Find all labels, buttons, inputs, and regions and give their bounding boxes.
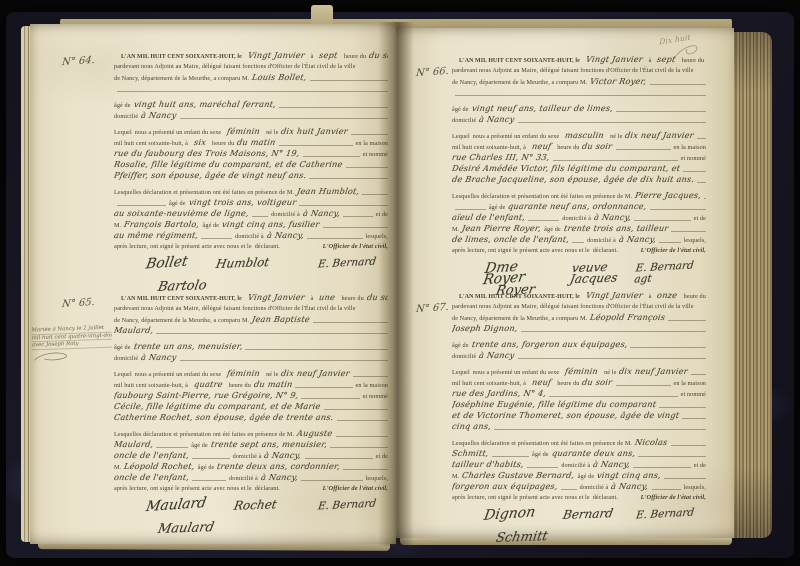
handwriting: quarante neuf ans, ordonnance, <box>508 201 648 212</box>
rule-line <box>659 242 681 243</box>
handwriting: Désiré Amédée Victor, fils légitime du c… <box>452 163 681 174</box>
printed-text: nous a présenté un enfant du sexe <box>473 367 559 377</box>
handwriting: Léopold François <box>589 312 666 323</box>
handwriting: sept <box>654 54 680 65</box>
handwriting: à Nancy, <box>302 208 341 219</box>
handwriting: rue des Jardins, N° 4, <box>452 388 547 399</box>
handwriting: Maulard, <box>114 439 154 450</box>
handwriting: trente deux ans, cordonnier, <box>217 461 342 472</box>
printed-text: mil huit cent soixante-huit, à <box>452 378 526 388</box>
handwriting: du soir <box>368 50 388 61</box>
printed-text: à <box>311 51 314 61</box>
rule-line <box>303 156 360 157</box>
printed-text: né le <box>604 367 616 377</box>
handwriting: de limes, oncle de l'enfant, <box>452 234 570 245</box>
printed-text: L'Officier de l'état civil, <box>641 245 706 256</box>
printed-text: et de <box>694 460 706 470</box>
printed-text: domicilié <box>452 115 476 125</box>
printed-text: déclarant. <box>255 483 280 494</box>
rule-line <box>343 216 373 217</box>
handwriting: à Nancy <box>140 352 177 363</box>
printed-text: domicilié à <box>229 473 258 483</box>
handwriting: dix neuf Janvier <box>619 366 689 377</box>
handwriting: masculin <box>561 130 608 141</box>
handwriting: une <box>316 292 340 303</box>
printed-text: heure du <box>344 51 366 61</box>
printed-text: Lequel <box>452 367 470 377</box>
printed-text: en la maison <box>674 142 706 152</box>
handwriting: à Nancy, <box>260 472 299 483</box>
printed-text: nous a présenté un enfant du sexe <box>135 127 221 137</box>
printed-text: mil huit cent soixante-huit, à <box>114 138 188 148</box>
printed-text: lesquels, <box>684 482 706 492</box>
handwriting: neuf <box>528 141 555 152</box>
handwriting: Vingt Janvier <box>582 290 647 301</box>
printed-text: en la maison <box>356 138 388 148</box>
handwriting: Nicolas <box>634 437 668 448</box>
handwriting: rue Charles III, N° 33, <box>452 152 550 163</box>
handwriting: trente trois ans, tailleur <box>563 223 669 234</box>
printed-text: domicilié à <box>587 235 616 245</box>
printed-text: pardevant nous Adjoint au Maire, délégué… <box>114 303 356 314</box>
rule-line <box>201 238 232 239</box>
handwriting: Catherine Rochet, son épouse, âgée de tr… <box>114 412 334 423</box>
handwriting: trente un ans, menuisier, <box>133 341 244 352</box>
handwriting: trente ans, forgeron aux équipages, <box>471 339 628 350</box>
printed-text: mil huit cent soixante-huit, à <box>452 142 526 152</box>
printed-text: et nommé <box>681 389 706 399</box>
printed-text: domicilié à <box>271 209 300 219</box>
birth-act-67: N° 67. L'AN MIL HUIT CENT SOIXANTE-HUIT,… <box>396 290 734 550</box>
printed-text: lesquels, <box>684 235 706 245</box>
signature-row: Maulard Rochet E. Bernard <box>114 500 388 517</box>
printed-text: et de <box>694 213 706 223</box>
printed-text: domicilié <box>452 351 476 361</box>
printed-text: après lecture, ont signé le présent acte… <box>114 241 252 252</box>
handwriting: faubourg Saint-Pierre, rue Grégoire, N° … <box>114 390 299 401</box>
printed-text: domicilié à <box>562 213 591 223</box>
printed-text: et de <box>376 451 388 461</box>
printed-text: L'Officier de l'état civil, <box>323 241 388 252</box>
rule-line <box>305 458 373 459</box>
signature-row: Bollet Humblot E. Bernard <box>114 258 388 275</box>
officer-signature: E. Bernard <box>317 498 376 512</box>
act-number: N° 65. <box>61 297 95 310</box>
handwriting: Léopold Rochet, <box>123 461 195 472</box>
handwriting: du matin <box>236 137 276 148</box>
printed-text: à <box>649 291 652 301</box>
handwriting: à Nancy <box>140 110 177 121</box>
printed-text: L'AN MIL HUIT CENT SOIXANTE-HUIT, le <box>459 292 580 301</box>
right-page: Dix huit N° 66. L'AN MIL HUIT CENT SOIXA… <box>396 28 734 538</box>
printed-text: âgé de <box>489 202 506 212</box>
handwriting: dix neuf Janvier <box>281 368 351 379</box>
rule-line <box>301 480 363 481</box>
printed-text: à <box>649 55 652 65</box>
handwriting: du soir <box>582 377 614 388</box>
handwriting: dix huit Janvier <box>281 126 350 137</box>
rule-line <box>561 489 577 490</box>
printed-text: Lequel <box>452 131 470 141</box>
printed-text: Lesquelles déclaration et présentation o… <box>452 191 632 201</box>
act-body: L'AN MIL HUIT CENT SOIXANTE-HUIT, le Vin… <box>114 292 388 541</box>
printed-text: mil huit cent soixante-huit, à <box>114 380 188 390</box>
handwriting: Vingt Janvier <box>244 292 309 303</box>
signature: Dignon <box>483 507 536 522</box>
birth-act-66: N° 66. L'AN MIL HUIT CENT SOIXANTE-HUIT,… <box>396 54 734 303</box>
handwriting: forgeron aux équipages, <box>452 481 559 492</box>
printed-text: nous a présenté un enfant du sexe <box>135 369 221 379</box>
handwriting: oncle de l'enfant, <box>114 450 190 461</box>
printed-text: âgé de <box>452 340 469 350</box>
handwriting: quarante deux ans, <box>551 448 636 459</box>
printed-text: domicilié <box>114 353 138 363</box>
printed-text: Lesquelles déclaration et présentation o… <box>452 438 632 448</box>
printed-text: heure du <box>557 378 579 388</box>
handwriting: Victor Royer, <box>589 76 647 87</box>
printed-text: en la maison <box>356 380 388 390</box>
printed-text: déclarant. <box>593 245 618 256</box>
printed-text: heure du <box>229 380 251 390</box>
act-body: L'AN MIL HUIT CENT SOIXANTE-HUIT, le Vin… <box>114 50 388 299</box>
handwriting: Vingt Janvier <box>582 54 647 65</box>
printed-text: domicilié à <box>561 460 590 470</box>
registry-book-photo: N° 64. L'AN MIL HUIT CENT SOIXANTE-HUIT,… <box>0 0 800 566</box>
printed-text: Lesquelles déclaration et présentation o… <box>114 429 294 439</box>
act-number: N° 66. <box>415 66 449 79</box>
rule-line <box>117 205 166 206</box>
printed-text: déclarant. <box>593 492 618 503</box>
rule-line <box>301 398 359 399</box>
left-page: N° 64. L'AN MIL HUIT CENT SOIXANTE-HUIT,… <box>30 24 396 544</box>
handwriting: à Nancy, <box>266 230 305 241</box>
birth-act-64: N° 64. L'AN MIL HUIT CENT SOIXANTE-HUIT,… <box>30 50 396 299</box>
handwriting: aïeul de l'enfant, <box>452 212 526 223</box>
rule-line <box>633 467 690 468</box>
handwriting: à Nancy, <box>264 450 303 461</box>
handwriting: trente sept ans, menuisier, <box>210 439 328 450</box>
printed-text: de Nancy, département de la Meurthe, a c… <box>114 73 249 83</box>
printed-text: L'AN MIL HUIT CENT SOIXANTE-HUIT, le <box>121 294 242 303</box>
printed-text: âgé de <box>578 471 595 481</box>
handwriting: féminin <box>561 366 602 377</box>
printed-text: à <box>311 293 314 303</box>
handwriting: Vingt Janvier <box>244 50 309 61</box>
rule-line <box>295 387 352 388</box>
rule-line <box>307 238 363 239</box>
handwriting: et de Victorine Thomeret, son épouse, âg… <box>452 410 680 421</box>
signature: Rochet <box>233 499 278 512</box>
handwriting: à Nancy <box>478 114 515 125</box>
printed-text: M. <box>114 462 121 472</box>
printed-text: M. <box>114 220 121 230</box>
printed-text: âgé de <box>114 342 131 352</box>
rule-line <box>528 220 559 221</box>
handwriting: Auguste <box>296 428 333 439</box>
handwriting: Charles Gustave Bernard, <box>461 470 575 481</box>
handwriting: féminin <box>223 126 264 137</box>
handwriting: Jean Pierre Royer, <box>461 223 542 234</box>
printed-text: déclarant. <box>255 241 280 252</box>
printed-text: L'Officier de l'état civil, <box>323 483 388 494</box>
printed-text: âgé de <box>532 449 549 459</box>
handwriting: au soixante-neuvième de ligne, <box>114 208 250 219</box>
handwriting: Jean Baptiste <box>251 314 311 325</box>
handwriting: cinq ans, <box>452 421 492 432</box>
rule-line <box>652 489 681 490</box>
printed-text: pardevant nous Adjoint au Maire, délégué… <box>114 61 356 72</box>
printed-text: né le <box>610 131 622 141</box>
printed-text: L'AN MIL HUIT CENT SOIXANTE-HUIT, le <box>121 52 242 61</box>
margin-note: Mariée à Nancy le 2 juillet mil huit cen… <box>31 325 112 369</box>
handwriting: vingt huit ans, maréchal ferrant, <box>133 99 277 110</box>
rule-line <box>252 216 268 217</box>
printed-text: L'Officier de l'état civil, <box>641 492 706 503</box>
signature-row: Dme Royer veuve Jacques E. Bernard agt <box>452 262 706 279</box>
printed-text: en la maison <box>674 378 706 388</box>
handwriting: à Nancy, <box>611 481 650 492</box>
signature: Bartolo <box>157 280 208 293</box>
act-body: L'AN MIL HUIT CENT SOIXANTE-HUIT, le Vin… <box>452 54 706 303</box>
signature: veuve Jacques <box>569 261 637 285</box>
handwriting: Jean Humblot, <box>296 186 360 197</box>
handwriting: au même régiment, <box>114 230 199 241</box>
printed-text: heure du <box>557 142 579 152</box>
printed-text: né le <box>266 369 278 379</box>
handwriting: Joséphine Eugénie, fille légitime du com… <box>452 399 657 410</box>
signature: Maulard <box>157 522 215 535</box>
printed-text: domicilié à <box>235 231 264 241</box>
signature: Schmitt <box>495 531 549 544</box>
handwriting: rue du faubourg des Trois Maisons, N° 19… <box>114 148 300 159</box>
signature-row: Maulard <box>114 523 388 541</box>
signature: Bernard <box>562 508 614 521</box>
rule-line <box>156 447 188 448</box>
printed-text: et nommé <box>363 391 388 401</box>
handwriting: Louis Bollet, <box>251 72 307 83</box>
printed-text: heure du <box>682 55 704 65</box>
birth-act-65: N° 65. Mariée à Nancy le 2 juillet mil h… <box>30 292 396 541</box>
handwriting: du matin <box>253 379 293 390</box>
rule-line <box>279 145 353 146</box>
officer-signature: E. Bernard <box>635 507 694 521</box>
act-number: N° 67. <box>415 302 449 315</box>
handwriting: à Nancy, <box>593 212 632 223</box>
printed-text: M. <box>452 471 459 481</box>
printed-text: M. <box>452 224 459 234</box>
handwriting: vingt cinq ans, fusilier <box>221 219 320 230</box>
handwriting: François Bartolo, <box>123 219 200 230</box>
printed-text: domicilié à <box>233 451 262 461</box>
printed-text: âgé de <box>169 198 186 208</box>
handwriting: sept <box>316 50 342 61</box>
handwriting: quatre <box>190 379 227 390</box>
printed-text: heure du <box>212 138 234 148</box>
handwriting: du soir <box>582 141 614 152</box>
handwriting: neuf <box>528 377 555 388</box>
signature: Bollet <box>145 256 188 270</box>
handwriting: dix neuf Janvier <box>625 130 695 141</box>
printed-text: nous a présenté un enfant du sexe <box>473 131 559 141</box>
printed-text: après lecture, ont signé le présent acte… <box>114 483 252 494</box>
printed-text: domicilié à <box>580 482 609 492</box>
handwriting: à Nancy, <box>618 234 657 245</box>
handwriting: Cécile, fille légitime du comparant, et … <box>114 401 321 412</box>
printed-text: Lesquelles déclaration et présentation o… <box>114 187 294 197</box>
handwriting: vingt neuf ans, tailleur de limes, <box>471 103 614 114</box>
rule-line <box>549 396 677 397</box>
rule-line <box>616 149 671 150</box>
printed-text: heure du <box>341 293 363 303</box>
handwriting: onze <box>654 290 682 301</box>
printed-text: domicilié <box>114 111 138 121</box>
page-tab <box>311 5 333 25</box>
printed-text: âgé de <box>191 440 208 450</box>
handwriting: tailleur d'habits, <box>452 459 525 470</box>
act-number: N° 64. <box>61 55 95 68</box>
handwriting: oncle de l'enfant, <box>114 472 190 483</box>
handwriting: du soir <box>366 292 388 303</box>
signature-row: Dignon Bernard E. Bernard <box>452 509 706 526</box>
printed-text: après lecture, ont signé le présent acte… <box>452 492 590 503</box>
rule-line <box>616 385 671 386</box>
fore-edge <box>733 32 772 538</box>
rule-line <box>634 220 690 221</box>
printed-text: âgé de <box>452 104 469 114</box>
handwriting: Joseph Dignon, <box>452 323 519 334</box>
rule-line <box>572 242 584 243</box>
handwriting: Maulard, <box>114 325 154 336</box>
printed-text: âgé de <box>114 100 131 110</box>
printed-text: après lecture, ont signé le présent acte… <box>452 245 590 256</box>
officer-signature: E. Bernard <box>317 256 376 270</box>
printed-text: âgé de <box>544 224 561 234</box>
flourish-icon <box>32 350 72 363</box>
handwriting: à Nancy <box>478 350 515 361</box>
printed-text: de Nancy, département de la Meurthe, a c… <box>452 77 587 87</box>
printed-text: né le <box>266 127 278 137</box>
rule-line <box>553 160 678 161</box>
handwriting: de Brache Jacqueline, son épouse, âgée d… <box>452 174 695 185</box>
act-body: L'AN MIL HUIT CENT SOIXANTE-HUIT, le Vin… <box>452 290 706 550</box>
rule-line <box>492 456 529 457</box>
handwriting: six <box>190 137 210 148</box>
printed-text: pardevant nous Adjoint au Maire, délégué… <box>452 65 694 76</box>
rule-line <box>192 458 229 459</box>
printed-text: lesquels, <box>366 231 388 241</box>
handwriting: Pierre Jacques, <box>634 190 702 201</box>
printed-text: pardevant nous Adjoint au Maire, délégué… <box>452 301 694 312</box>
margin-note-line: avec Joseph Roty <box>32 340 112 350</box>
officer-signature: E. Bernard agt <box>634 260 695 285</box>
printed-text: lesquels, <box>366 473 388 483</box>
handwriting: vingt trois ans, voltigeur <box>188 197 297 208</box>
handwriting: féminin <box>223 368 264 379</box>
rule-line <box>192 480 226 481</box>
signature: Humblot <box>215 257 270 270</box>
handwriting: Pfeiffer, son épouse, âgée de vingt neuf… <box>114 170 307 181</box>
printed-text: et de <box>376 209 388 219</box>
printed-text: L'AN MIL HUIT CENT SOIXANTE-HUIT, le <box>459 56 580 65</box>
rule-line <box>455 209 486 210</box>
printed-text: et nommé <box>363 149 388 159</box>
printed-text: heure du <box>684 291 706 301</box>
signature-row: Schmitt <box>452 532 706 550</box>
printed-text: de Nancy, département de la Meurthe, a c… <box>452 313 587 323</box>
handwriting: vingt cinq ans, <box>596 470 662 481</box>
printed-text: de Nancy, département de la Meurthe, a c… <box>114 315 249 325</box>
handwriting: Rosalie, fille légitime du comparant, et… <box>114 159 343 170</box>
printed-text: âgé de <box>203 220 220 230</box>
printed-text: âgé de <box>198 462 215 472</box>
handwriting: à Nancy, <box>592 459 631 470</box>
printed-text: et nommé <box>681 153 706 163</box>
handwriting: Schmitt, <box>452 448 490 459</box>
signature: Maulard <box>145 498 207 513</box>
printed-text: Lequel <box>114 127 132 137</box>
rule-line <box>527 467 559 468</box>
printed-text: Lequel <box>114 369 132 379</box>
